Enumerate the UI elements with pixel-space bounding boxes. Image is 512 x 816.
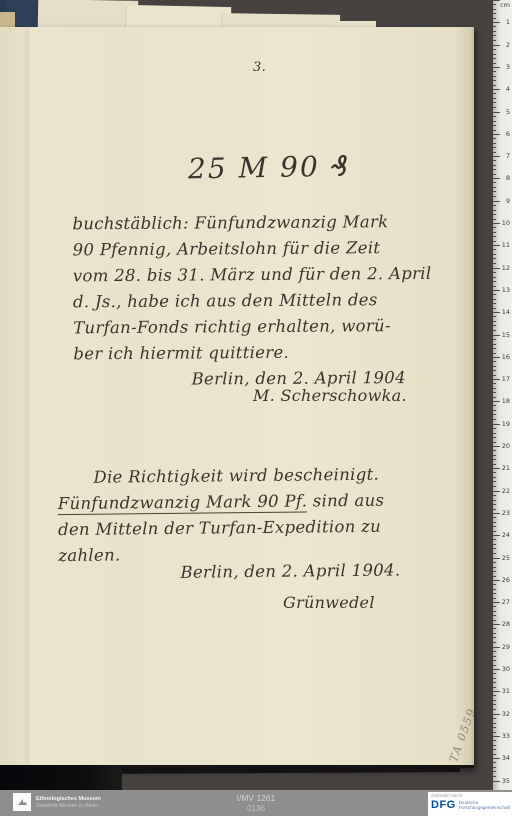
receipt-line: vom 28. bis 31. März und für den 2. Apri… [73, 261, 453, 290]
attestation-line-rest: sind aus [307, 491, 384, 511]
receipt-line: buchstäblich: Fünfundzwanzig Mark [72, 209, 452, 238]
dfg-abbr: DFG [431, 799, 456, 811]
paper-edge [38, 0, 138, 29]
underlined-amount: Fünfundzwanzig Mark 90 Pf. [58, 491, 308, 515]
scan-viewport: 3. 25 M 90 ₰ buchstäblich: Fünfundzwanzi… [0, 0, 512, 816]
page-shadow [100, 766, 460, 774]
receipt-text: buchstäblich: Fünfundzwanzig Mark 90 Pfe… [72, 209, 453, 394]
signature-gruenwedel: Grünwedel [283, 593, 375, 612]
book-spine-shadow [0, 765, 122, 792]
ruler-unit-label: cm [500, 1, 510, 9]
museum-logo-glyph [15, 795, 29, 809]
dfg-name: Deutsche Forschungsgemeinschaft [459, 800, 505, 811]
document-identifiers: I/MV 1261 0136 [176, 793, 336, 814]
museum-branding: Ethnologisches Museum Staatliche Museen … [13, 793, 101, 811]
attestation-text: Die Richtigkeit wird bescheinigt. Fünfun… [57, 461, 458, 587]
signature-scherschowka: M. Scherschowka. [253, 386, 407, 405]
page-number: 3. [253, 60, 266, 75]
receipt-line: 90 Pfennig, Arbeitslohn für die Zeit [73, 235, 453, 264]
receipt-line: ber ich hiermit quittiere. [73, 339, 453, 368]
dfg-logo: DFG Deutsche Forschungsgemeinschaft [431, 799, 509, 811]
museum-name: Ethnologisches Museum [36, 796, 101, 803]
receipt-line: Turfan-Fonds richtig erhalten, worü- [73, 313, 453, 342]
museum-text: Ethnologisches Museum Staatliche Museen … [36, 796, 101, 809]
museum-subtitle: Staatliche Museen zu Berlin [36, 803, 101, 809]
receipt-line: d. Js., habe ich aus den Mitteln des [73, 287, 453, 316]
footer-bar: Ethnologisches Museum Staatliche Museen … [0, 790, 512, 816]
amount-heading: 25 M 90 ₰ [188, 150, 351, 186]
attestation-dateline: Berlin, den 2. April 1904. [180, 557, 458, 586]
manuscript-page: 3. 25 M 90 ₰ buchstäblich: Fünfundzwanzi… [0, 27, 474, 768]
museum-logo-icon [13, 793, 31, 811]
corner-stamp: TA 0559 [447, 699, 481, 764]
attestation-line: Die Richtigkeit wird bescheinigt. [93, 461, 457, 491]
ruler: cm 1234567891011121314151617181920212223… [493, 0, 512, 790]
dfg-funding-box: Gefördert durch DFG Deutsche Forschungsg… [428, 792, 512, 816]
image-number: 0136 [176, 804, 336, 814]
document-id: I/MV 1261 [176, 793, 336, 804]
